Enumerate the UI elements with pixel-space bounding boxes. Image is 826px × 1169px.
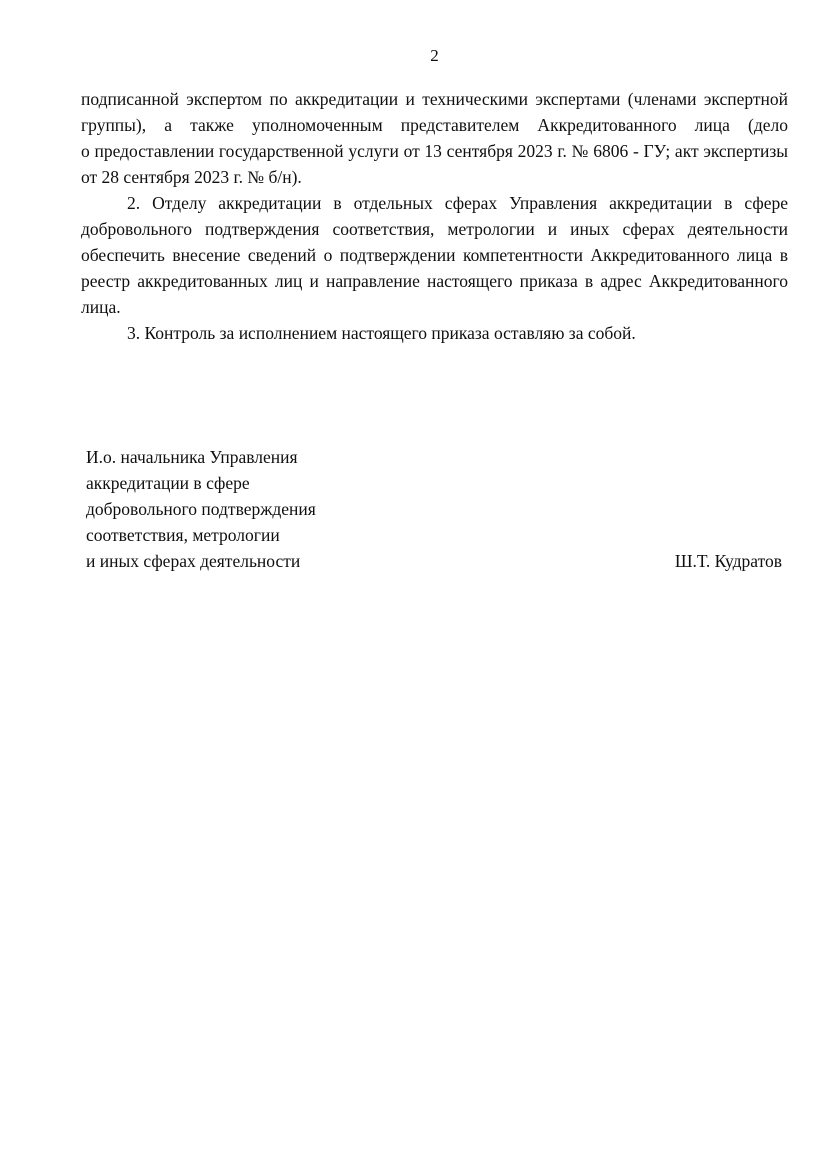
page-number: 2: [81, 46, 788, 66]
document-body: подписанной экспертом по аккредитации и …: [81, 86, 788, 346]
signature-name: Ш.Т. Кудратов: [675, 548, 788, 574]
signature-position-line: аккредитации в сфере: [86, 470, 316, 496]
paragraph-item-3: 3. Контроль за исполнением настоящего пр…: [81, 320, 788, 346]
paragraph-continuation: подписанной экспертом по аккредитации и …: [81, 86, 788, 190]
document-page: 2 подписанной экспертом по аккредитации …: [0, 0, 826, 1169]
signature-position-line: и иных сферах деятельности: [86, 548, 316, 574]
signature-position-line: соответствия, метрологии: [86, 522, 316, 548]
signature-block: И.о. начальника Управления аккредитации …: [81, 444, 788, 574]
signature-position-line: И.о. начальника Управления: [86, 444, 316, 470]
signature-position-title: И.о. начальника Управления аккредитации …: [81, 444, 316, 574]
paragraph-item-2: 2. Отделу аккредитации в отдельных сфера…: [81, 190, 788, 320]
signature-position-line: добровольного подтверждения: [86, 496, 316, 522]
